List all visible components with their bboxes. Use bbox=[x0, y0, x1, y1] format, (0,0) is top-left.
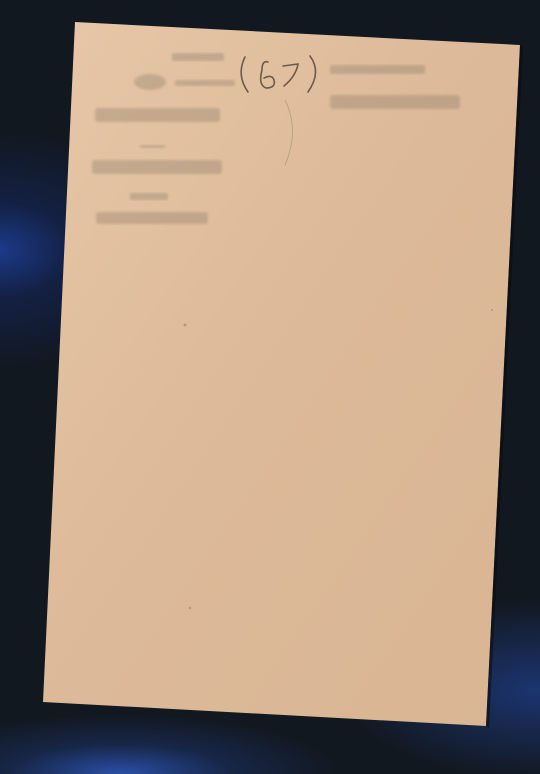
scan-scene bbox=[0, 0, 540, 774]
card bbox=[43, 22, 520, 726]
